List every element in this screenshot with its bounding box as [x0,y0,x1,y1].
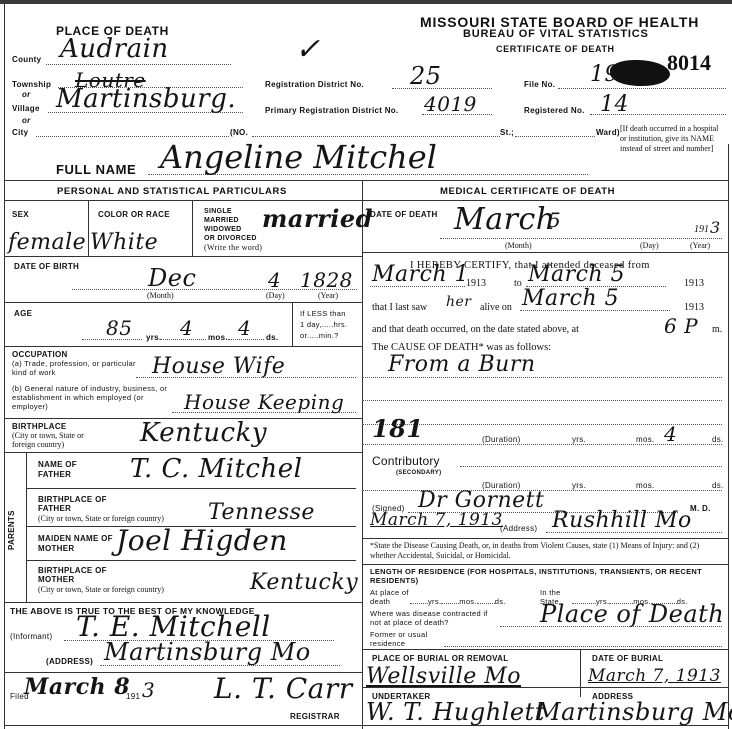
file-no-label: File No. [524,80,555,89]
death-certificate: PLACE OF DEATH ✓ MISSOURI STATE BOARD OF… [0,4,732,729]
less-than-line-2: 1 day,.....hrs. [300,319,347,330]
contracted-label: Where was disease contracted if not at p… [370,609,500,627]
marital-value: married [262,204,373,233]
full-name-label: FULL NAME [56,162,136,177]
filed-year-suffix: 3 [142,678,155,702]
field-blank [410,603,428,604]
ds-label: ds. [712,481,724,490]
reg-district-label: Registration District No. [265,80,364,89]
primary-reg-value: 4019 [424,92,477,116]
dod-day: 5 [548,208,561,232]
cause-value: From a Burn [388,352,536,377]
birthplace-value: Kentucky [140,418,267,448]
mos-label: mos. [636,481,655,490]
dob-year-hint: (Year) [318,291,338,300]
informant-label: (Informant) [10,632,52,641]
dod-line [440,238,722,239]
dob-month: Dec [148,264,196,292]
filed-value: March 8 [24,674,130,700]
age-label: AGE [14,309,32,318]
village-value: Martinsburg. [56,84,236,114]
burial-date-label: DATE OF BURIAL [592,654,663,663]
personal-section-title: PERSONAL AND STATISTICAL PARTICULARS [57,186,287,197]
st-label: St.; [500,128,514,137]
reg-district-value: 25 [410,62,442,90]
age-days: 4 [238,316,251,340]
mother-maiden-label: MAIDEN NAME OF MOTHER [38,534,118,554]
divider [88,200,89,256]
mother-maiden-value: Joel Higden [116,524,288,557]
mother-birthplace-hint: (City or town, State or foreign country) [38,585,164,594]
divider [192,200,193,256]
divider [26,488,356,489]
divider [362,252,728,253]
redacted-mark [610,60,670,86]
divider [580,649,581,697]
yrs-label: yrs. [572,435,586,444]
city-line [36,136,229,137]
mother-birthplace-label: BIRTHPLACE OF MOTHER [38,566,128,584]
cause-line-2 [362,400,722,401]
md-label: M. D. [690,504,711,513]
birthplace-hint: (City or town, State or foreign country) [12,431,102,449]
county-line [46,64,231,65]
city-label: City [12,128,28,137]
registered-no-label: Registered No. [524,106,585,115]
color-label: COLOR OR RACE [98,210,170,219]
death-time-value: 6 P [664,314,698,338]
divider [4,180,728,181]
duration-line [362,444,722,445]
township-label: Township [12,80,51,89]
dod-year-suffix: 3 [710,218,721,237]
last-saw-pronoun: her [446,294,472,310]
primary-reg-label: Primary Registration District No. [265,106,399,115]
former-res-line [444,646,722,647]
dob-month-hint: (Month) [147,291,174,300]
father-birthplace-label: BIRTHPLACE OF FATHER [38,495,128,513]
yrs-label: yrs. [146,333,161,342]
dod-year-prefix: 191 [694,224,709,235]
field-blank [477,603,495,604]
bureau-title: BUREAU OF VITAL STATISTICS [463,28,649,40]
less-than-line-1: If LESS than [300,308,347,319]
dod-year-hint: (Year) [690,241,710,250]
secondary-label: (SECONDARY) [396,470,441,476]
at-place-fields: yrs.mos.ds. [410,597,506,606]
divider [362,200,728,201]
divider [26,560,356,561]
divider [26,452,27,602]
yrs-label: yrs. [428,597,441,606]
duration-label: (Duration) [482,435,521,444]
street-line [252,136,500,137]
parents-label: PARENTS [7,510,16,550]
residence-title: LENGTH OF RESIDENCE (FOR HOSPITALS, INST… [370,567,722,585]
attended-from: March 1 [372,262,469,287]
checkmark: ✓ [295,32,321,67]
age-years: 85 [106,316,132,340]
to-label: to [514,278,522,289]
ds-label: ds. [266,333,278,342]
divider [4,302,362,303]
footnote: *State the Disease Causing Death, or, in… [370,541,722,561]
ward-line [515,136,595,137]
father-birthplace-value: Tennesse [208,500,315,525]
divider [4,602,362,603]
divider [362,649,728,650]
or-label: or [22,90,31,99]
less-than-line-3: or.....min.? [300,330,347,341]
cause-code: 181 [372,414,424,443]
occupation-label: OCCUPATION [12,350,68,359]
physician-address-label: (Address) [500,524,537,533]
age-months: 4 [180,316,193,340]
father-name-label: NAME OF FATHER [38,460,98,480]
attended-from-year: 1913 [466,278,486,289]
color-value: White [90,230,158,255]
village-label: Village [12,104,40,113]
divider [4,200,362,201]
marital-option-divorced: OR DIVORCED [204,234,284,243]
attended-to: March 5 [528,262,625,287]
sex-value: female [8,230,86,255]
less-than-day: If LESS than 1 day,.....hrs. or.....min.… [300,308,347,341]
duration-days: 4 [664,422,677,446]
dod-month: March [454,202,556,237]
divider [362,687,728,688]
contracted-value: Place of Death [540,600,724,628]
father-name-value: T. C. Mitchel [130,454,302,484]
divider [4,452,362,453]
burial-value: Wellsville Mo [366,664,521,689]
or-label: or [22,116,31,125]
birthplace-label: BIRTHPLACE [12,422,67,431]
occupation-b-value: House Keeping [184,390,344,414]
informant-address-label: (ADDRESS) [46,657,93,666]
undertaker-value: W. T. Hughlett [366,698,545,726]
divider [362,538,728,539]
contributory-line [460,466,722,467]
death-time-text: and that death occurred, on the date sta… [372,324,579,335]
dob-year: 1828 [300,268,353,292]
mos-label: mos. [459,597,476,606]
filed-year-prefix: 191 [126,692,140,701]
ward-label: Ward) [596,128,620,137]
ds-label: ds. [495,597,506,606]
hospital-note: [If death occurred in a hospital or inst… [620,124,720,154]
yrs-label: yrs. [572,481,586,490]
right-border [728,144,729,729]
county-value: Audrain [60,34,169,64]
center-divider [362,180,363,729]
alive-on-label: alive on [480,302,512,313]
former-res-label: Former or usual residence [370,630,450,648]
last-saw-date: March 5 [522,286,619,311]
field-blank [441,603,459,604]
ds-label: ds. [712,435,724,444]
father-birthplace-hint: (City or town, State or foreign country) [38,514,164,523]
divider [4,256,362,257]
divider [362,564,728,565]
undertaker-address-value: Martinsburg Mo [536,698,732,726]
cause-line-1 [362,377,722,378]
dob-day: 4 [268,268,281,292]
attended-to-year: 1913 [684,278,704,289]
marital-hint: (Write the word) [204,243,284,252]
dod-label: DATE OF DEATH [370,210,438,219]
mos-label: mos. [208,333,228,342]
dod-day-hint: (Day) [640,241,659,250]
signed-date: March 7, 1913 [370,510,503,530]
registrar-signature: L. T. Carr [214,672,353,705]
mother-birthplace-value: Kentucky [250,570,358,595]
dod-month-hint: (Month) [505,241,532,250]
occupation-b-label: (b) General nature of industry, business… [12,384,172,411]
death-time-suffix: m. [712,324,722,335]
contributory-label: Contributory [372,454,440,468]
physician-address-value: Rushhill Mo [552,508,692,533]
medical-section-title: MEDICAL CERTIFICATE OF DEATH [440,186,615,197]
no-label: (NO. [230,128,248,137]
divider [362,725,728,726]
informant-address-value: Martinsburg Mo [104,638,311,666]
registrar-label: REGISTRAR [290,712,340,721]
sex-label: SEX [12,210,29,219]
dob-label: DATE OF BIRTH [14,262,79,271]
last-saw-year: 1913 [684,302,704,313]
divider [4,346,362,347]
stamp-number: 8014 [667,50,711,76]
occupation-a-value: House Wife [152,354,285,379]
county-label: County [12,55,41,64]
divider [292,302,293,346]
burial-label: PLACE OF BURIAL OR REMOVAL [372,654,508,663]
occupation-a-label: (a) Trade, profession, or particular kin… [12,359,137,377]
reg-district-line [392,88,492,89]
left-border [4,4,5,729]
divider [4,725,362,726]
certificate-title: CERTIFICATE OF DEATH [496,44,615,54]
file-no-line [558,88,726,89]
burial-date-value: March 7, 1913 [588,666,721,686]
mos-label: mos. [636,435,655,444]
dob-day-hint: (Day) [266,291,285,300]
full-name-value: Angeline Mitchel [160,138,437,176]
last-saw-prefix: that I last saw [372,302,427,313]
registered-no-value: 14 [600,92,629,117]
